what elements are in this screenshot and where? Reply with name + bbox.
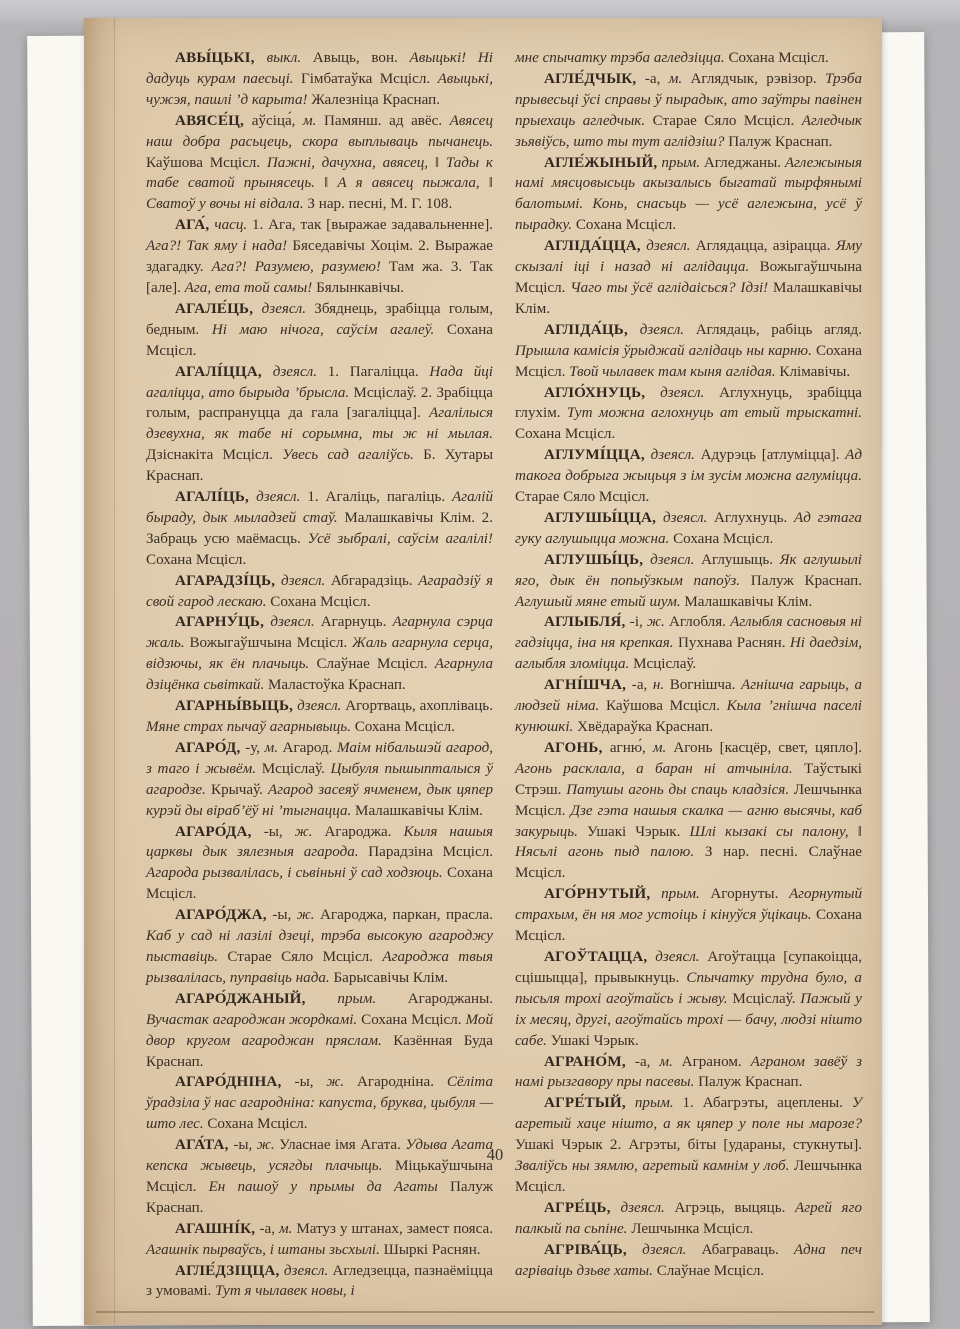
example-text: Чаго ты ўсё аглідаісься? Ідзі!: [570, 280, 773, 296]
definition-text: -а,: [259, 1221, 279, 1237]
definition-text: Сохана Мсцісл.: [673, 531, 773, 547]
example-text: Ага?! Так яму і нада!: [146, 238, 292, 254]
example-text: дзеясл.: [297, 698, 345, 714]
definition-text: Агароджаны.: [408, 991, 493, 1007]
definition-text: Палуж Краснап.: [728, 134, 832, 150]
example-text: Агонь расклала, а баран ні атчыніла.: [515, 761, 804, 777]
headword: АГЛІДА́ЦЦА,: [544, 238, 646, 254]
definition-text: Авыць, вон.: [313, 50, 410, 66]
example-text: дзеясл.: [651, 447, 701, 463]
example-text: Аглушый мяне етый шум.: [515, 594, 684, 610]
definition-text: Аглобля.: [669, 614, 730, 630]
example-text: дзеясл.: [273, 364, 328, 380]
headword: АГЛЕ́ЖЫНЫЙ,: [544, 155, 661, 171]
example-text: Зваліўсь ны зямлю, агретый камнім у лоб.: [515, 1158, 794, 1174]
definition-text: Памянш. ад авёс.: [324, 113, 450, 129]
definition-text: Парадзіна Мсцісл.: [368, 844, 493, 860]
definition-text: Матуз у штанах, замест пояса.: [296, 1221, 493, 1237]
dictionary-entry: АГАРО́ДЖА, -ы, ж. Агароджа, паркан, прас…: [146, 905, 493, 989]
definition-text: -а,: [632, 677, 653, 693]
definition-text: Сохана Мсцісл.: [515, 426, 615, 442]
definition-text: Жалезніца Краснап.: [311, 92, 440, 108]
headword: АВЯСЕ́Ц,: [175, 113, 252, 129]
definition-text: Аглядаць, рабіць агляд.: [696, 322, 862, 338]
example-text: Прышла камісія ўрыджай аглідаць ны карню…: [515, 343, 816, 359]
example-text: дзеясл.: [655, 949, 707, 965]
definition-text: Сохана Мсцісл.: [146, 552, 246, 568]
headword: АГЛЕ́ДЗІЦЦА,: [175, 1263, 284, 1279]
text-column-left: АВЫ́ЦЬКІ, выкл. Авыць, вон. Авыцькі! Ні …: [146, 48, 493, 1302]
definition-text: Сохана Мсцісл.: [355, 719, 455, 735]
dictionary-entry: АГРАНО́М, -а, м. Аграном. Аграном завёў …: [515, 1052, 862, 1094]
headword: АГОНЬ,: [544, 740, 610, 756]
example-text: дзеясл.: [646, 238, 696, 254]
headword: АГАРАДЗІ́ЦЬ,: [175, 573, 281, 589]
dictionary-entry: АГАРО́ДНІНА, -ы, ж. Агародніна. Сёліта ў…: [146, 1072, 493, 1135]
example-text: ж.: [326, 1074, 357, 1090]
dictionary-entry: АГНІ́ШЧА, -а, н. Вогнішча. Агнішча гарыц…: [515, 675, 862, 738]
example-text: дзеясл.: [281, 573, 331, 589]
definition-text: Аглядацца, азірацца.: [696, 238, 836, 254]
definition-text: Маластоўка Краснап.: [268, 677, 406, 693]
definition-text: Шыркі Раснян.: [384, 1242, 481, 1258]
definition-text: Гімбатаўка Мсцісл.: [301, 71, 438, 87]
definition-text: -у,: [245, 740, 264, 756]
headword: АГЛЕ́ДЧЫК,: [544, 71, 645, 87]
example-text: Тут можна аглохнуць ат етый трыскатні.: [567, 405, 862, 421]
example-text: Увесь сад агаліўсь.: [282, 447, 423, 463]
dictionary-entry: АГЛУМІ́ЦЦА, дзеясл. Адурэць [атлуміцца].…: [515, 445, 862, 508]
definition-text: Агортваць, ахопліваць.: [345, 698, 493, 714]
example-text: дзеясл.: [663, 510, 714, 526]
example-text: м.: [265, 740, 283, 756]
example-text: Тут я чылавек новы, і: [215, 1283, 355, 1299]
example-text: прым.: [337, 991, 407, 1007]
example-text: дзеясл.: [284, 1263, 333, 1279]
headword: АГО́РНУТЫЙ,: [544, 886, 661, 902]
definition-text: Слаўнае Мсцісл.: [657, 1263, 765, 1279]
definition-text: Палуж Краснап.: [698, 1074, 802, 1090]
example-text: ж.: [295, 824, 325, 840]
dictionary-entry: АГОНЬ, агню́, м. Агонь [касцёр, свет, ця…: [515, 738, 862, 884]
definition-text: Палуж Краснап.: [751, 573, 862, 589]
definition-text: Сохана Мсцісл.: [361, 1012, 465, 1028]
dictionary-page: АВЫ́ЦЬКІ, выкл. Авыць, вон. Авыцькі! Ні …: [84, 18, 882, 1325]
definition-text: Старае Сяло Мсцісл.: [515, 489, 649, 505]
headword: АГАЛІ́ЦЦА,: [175, 364, 273, 380]
dictionary-entry: АГОЎТАЦЦА, дзеясл. Агоўтацца [супакоіцца…: [515, 947, 862, 1052]
dictionary-entry: АГА́, часц. 1. Ага, так [выражае задавал…: [146, 215, 493, 299]
definition-text: Малашкавічы Клім.: [355, 803, 483, 819]
definition-text: Вожыгаўшчына Мсцісл.: [189, 635, 352, 651]
dictionary-entry: АГЛЕ́ДЗІЦЦА, дзеясл. Агледзецца, пазнаём…: [146, 1261, 493, 1303]
example-text: дзеясл.: [256, 489, 307, 505]
example-text: м.: [279, 1221, 296, 1237]
headword: АГЛУМІ́ЦЦА,: [544, 447, 651, 463]
example-text: прым.: [661, 886, 710, 902]
definition-text: Агарнуць.: [321, 614, 393, 630]
example-text: дзеясл.: [270, 614, 320, 630]
example-text: дзеясл.: [621, 1200, 675, 1216]
definition-text: 1. Абагрэты, ацеплены.: [682, 1095, 851, 1111]
example-text: дзеясл.: [650, 552, 701, 568]
definition-text: -ы,: [233, 1137, 256, 1153]
definition-text: Уласнае імя Агата.: [279, 1137, 405, 1153]
dictionary-entry: АГАЛЕ́ЦЬ, дзеясл. Збяднець, зрабіцца гол…: [146, 299, 493, 362]
definition-text: Агорнуты.: [710, 886, 789, 902]
dictionary-entry: АГАРО́ДА, -ы, ж. Агароджа. Кыля нашыя ца…: [146, 822, 493, 906]
definition-text: Дзіснакіта Мсцісл.: [146, 447, 282, 463]
dictionary-entry: АВЫ́ЦЬКІ, выкл. Авыць, вон. Авыцькі! Ні …: [146, 48, 493, 111]
definition-text: Каўшова Мсцісл.: [606, 698, 727, 714]
dictionary-entry: АГРЕ́ТЫЙ, прым. 1. Абагрэты, ацеплены. У…: [515, 1093, 862, 1198]
definition-text: Мсціслаў.: [732, 991, 800, 1007]
definition-text: 1. Пагаліцца.: [328, 364, 430, 380]
dictionary-entry: АГЛУШЫ́ЦЬ, дзеясл. Аглушыць. Як аглушылі…: [515, 550, 862, 613]
dictionary-entry: АГАРНУ́ЦЬ, дзеясл. Агарнуць. Агарнула сэ…: [146, 612, 493, 696]
dictionary-entry: АГЛЫБЛЯ́, -і, ж. Аглобля. Аглыбля саснов…: [515, 612, 862, 675]
definition-text: Агрэць, выцяць.: [674, 1200, 795, 1216]
dictionary-entry: АВЯСЕ́Ц, аўсіца́, м. Памянш. ад авёс. Ав…: [146, 111, 493, 216]
example-text: дзеясл.: [262, 301, 315, 317]
dictionary-entry: АГЛЕ́ДЧЫК, -а, м. Аглядчык, рэвізор. Трэ…: [515, 69, 862, 153]
example-text: дзеясл.: [640, 322, 696, 338]
headword: АГАРО́ДЖА,: [175, 907, 272, 923]
example-text: м.: [303, 113, 324, 129]
definition-text: Сохана Мсцісл.: [207, 1116, 307, 1132]
dictionary-entry: АГО́РНУТЫЙ, прым. Агорнуты. Агорнутый ст…: [515, 884, 862, 947]
headword: АГА́ТА,: [175, 1137, 233, 1153]
definition-text: Клімавічы.: [779, 364, 850, 380]
text-column-right: мне спычатку трэба агледзіцца. Сохана Мс…: [515, 48, 862, 1302]
definition-text: Старае Сяло Мсцісл.: [653, 113, 802, 129]
definition-text: 1. Ага, так [выражае задавальненне].: [252, 217, 493, 233]
headword: АГНІ́ШЧА,: [544, 677, 632, 693]
definition-text: Малашкавічы Клім.: [684, 594, 812, 610]
example-text: Патушы агонь ды спаць кладзіся.: [566, 782, 794, 798]
example-text: ж.: [257, 1137, 279, 1153]
dictionary-entry: АГАРАДЗІ́ЦЬ, дзеясл. Абгарадзіць. Агарад…: [146, 571, 493, 613]
definition-text: Крычаў.: [211, 782, 268, 798]
definition-text: Ушакі Чэрык.: [587, 824, 689, 840]
headword: АГЛУШЫ́ЦЬ,: [544, 552, 650, 568]
definition-text: аўсіца́,: [252, 113, 303, 129]
example-text: Агашнік пырваўсь, і штаны зьсхылі.: [146, 1242, 384, 1258]
definition-text: Аграном.: [682, 1054, 751, 1070]
headword: АГАРО́Д,: [175, 740, 245, 756]
example-text: часц.: [214, 217, 252, 233]
dictionary-entry: АГЛІДА́ЦЬ, дзеясл. Аглядаць, рабіць агля…: [515, 320, 862, 383]
dictionary-entry: АГАШНІ́К, -а, м. Матуз у штанах, замест …: [146, 1219, 493, 1261]
example-text: ж.: [647, 614, 669, 630]
definition-text: Ушакі Чэрык 2. Агрэты, біты [удараны, ст…: [515, 1137, 862, 1153]
example-text: прым.: [661, 155, 704, 171]
definition-text: Аглушыць.: [701, 552, 780, 568]
definition-text: Сохана Мсцісл.: [728, 50, 828, 66]
definition-text: Аглухнуць.: [714, 510, 794, 526]
headword: АГОЎТАЦЦА,: [544, 949, 655, 965]
definition-text: Агледжаны.: [704, 155, 785, 171]
page-number: 40: [480, 1145, 510, 1165]
definition-text: Бялынкавічы.: [316, 280, 404, 296]
definition-text: -ы,: [272, 907, 296, 923]
definition-text: Абгарадзіць.: [331, 573, 418, 589]
example-text: н.: [653, 677, 670, 693]
definition-text: -ы,: [295, 1074, 327, 1090]
definition-text: -а,: [645, 71, 669, 87]
definition-text: -а,: [635, 1054, 659, 1070]
definition-text: Лешчынка Мсцісл.: [631, 1221, 753, 1237]
definition-text: Ушакі Чэрык.: [551, 1033, 639, 1049]
example-text: Вучастак агароджан жордкамі.: [146, 1012, 361, 1028]
dictionary-entry: АГАРО́Д, -у, м. Агарод. Маім нібальшэй а…: [146, 738, 493, 822]
definition-text: Агарод.: [283, 740, 337, 756]
definition-text: Старае Сяло Мсцісл.: [227, 949, 382, 965]
example-text: Ен пашоў у прымы да Агаты: [209, 1179, 450, 1195]
example-text: м.: [669, 71, 691, 87]
dictionary-entry: АГЛІДА́ЦЦА, дзеясл. Аглядацца, азірацца.…: [515, 236, 862, 320]
definition-text: Мсціслаў.: [633, 656, 696, 672]
dictionary-entry: АГЛУШЫ́ЦЦА, дзеясл. Аглухнуць. Ад гэтага…: [515, 508, 862, 550]
headword: АГЛО́ХНУЦЬ,: [544, 385, 660, 401]
example-text: Ні маю нічога, саўсім агалеў.: [212, 322, 447, 338]
headword: АГЛУШЫ́ЦЦА,: [544, 510, 663, 526]
dictionary-entry: АГА́ТА, -ы, ж. Уласнае імя Агата. Удыва …: [146, 1135, 493, 1219]
dictionary-entry: АГАРНЫ́ВЫЦЬ, дзеясл. Агортваць, ахопліва…: [146, 696, 493, 738]
example-text: выкл.: [267, 50, 313, 66]
definition-text: Аглядчык, рэвізор.: [691, 71, 826, 87]
definition-text: Абаграваць.: [701, 1242, 793, 1258]
headword: АГАРО́ДНІНА,: [175, 1074, 295, 1090]
definition-text: Мсціслаў.: [262, 761, 331, 777]
definition-text: Агароджа.: [324, 824, 403, 840]
headword: АГРАНО́М,: [544, 1054, 635, 1070]
headword: АГАРО́ДЖАНЫЙ,: [175, 991, 337, 1007]
dictionary-entry: АГРІВА́ЦЬ, дзеясл. Абаграваць. Адна печ …: [515, 1240, 862, 1282]
headword: АГЛЫБЛЯ́,: [544, 614, 630, 630]
example-text: Мяне страх пычаў агарнывыць.: [146, 719, 355, 735]
dictionary-entry: АГЛО́ХНУЦЬ, дзеясл. Аглухнуць, зрабіцца …: [515, 383, 862, 446]
example-text: Ага, ета той самы!: [185, 280, 316, 296]
example-text: ж.: [297, 907, 320, 923]
definition-text: Агонь [касцёр, свет, цяпло].: [673, 740, 862, 756]
headword: АГАЛІ́ЦЬ,: [175, 489, 256, 505]
headword: АГРЕ́ТЫЙ,: [544, 1095, 635, 1111]
example-text: дзеясл.: [642, 1242, 701, 1258]
definition-text: 1. Агаліць, пагаліць.: [307, 489, 452, 505]
headword: АГЛІДА́ЦЬ,: [544, 322, 640, 338]
definition-text: Агароджа, паркан, прасла.: [320, 907, 493, 923]
definition-text: Вогнішча.: [670, 677, 741, 693]
definition-text: Слаўнае Мсцісл.: [316, 656, 434, 672]
definition-text: З нар. песні, М. Г. 108.: [307, 196, 452, 212]
headword: АГАРО́ДА,: [175, 824, 264, 840]
headword: АГА́,: [175, 217, 214, 233]
definition-text: агню́,: [610, 740, 653, 756]
definition-text: Сохана Мсцісл.: [576, 217, 676, 233]
example-text: Ага?! Разумею, разумею!: [212, 259, 389, 275]
definition-text: Хвёдараўка Краснап.: [577, 719, 713, 735]
definition-text: Барысавічы Клім.: [333, 970, 448, 986]
dictionary-entry: АГЛЕ́ЖЫНЫЙ, прым. Агледжаны. Аглежыныя н…: [515, 153, 862, 237]
headword: АГАШНІ́К,: [175, 1221, 259, 1237]
example-text: м.: [659, 1054, 681, 1070]
definition-text: Агародніна.: [357, 1074, 447, 1090]
dictionary-entry: АГАЛІ́ЦЬ, дзеясл. 1. Агаліць, пагаліць. …: [146, 487, 493, 571]
dictionary-entry: АГАЛІ́ЦЦА, дзеясл. 1. Пагаліцца. Нада йц…: [146, 362, 493, 487]
definition-text: Пухнава Раснян.: [678, 635, 790, 651]
example-text: мне спычатку трэба агледзіцца.: [515, 50, 728, 66]
example-text: Агарода рызвалілась, і сьвіньні ў сад хо…: [146, 865, 447, 881]
definition-text: -і,: [630, 614, 647, 630]
definition-text: -ы,: [264, 824, 295, 840]
example-text: м.: [653, 740, 673, 756]
headword: АГРЕ́ЦЬ,: [544, 1200, 621, 1216]
headword: АГАРНЫ́ВЫЦЬ,: [175, 698, 297, 714]
entry-continuation: мне спычатку трэба агледзіцца. Сохана Мс…: [515, 48, 862, 69]
scanned-book-photo: АВЫ́ЦЬКІ, выкл. Авыць, вон. Авыцькі! Ні …: [0, 0, 960, 1329]
headword: АВЫ́ЦЬКІ,: [175, 50, 267, 66]
headword: АГАЛЕ́ЦЬ,: [175, 301, 262, 317]
definition-text: Каўшова Мсцісл.: [146, 155, 267, 171]
headword: АГАРНУ́ЦЬ,: [175, 614, 270, 630]
definition-text: Адурэць [атлуміцца].: [701, 447, 846, 463]
example-text: Твой чылавек там кыня аглідая.: [569, 364, 779, 380]
example-text: дзеясл.: [660, 385, 719, 401]
dictionary-entry: АГРЕ́ЦЬ, дзеясл. Агрэць, выцяць. Агрей я…: [515, 1198, 862, 1240]
example-text: Усё зыбралі, саўсім агалілі!: [308, 531, 493, 547]
dictionary-entry: АГАРО́ДЖАНЫЙ, прым. Агароджаны. Вучастак…: [146, 989, 493, 1073]
example-text: прым.: [635, 1095, 683, 1111]
two-column-text-block: АВЫ́ЦЬКІ, выкл. Авыць, вон. Авыцькі! Ні …: [146, 48, 862, 1302]
headword: АГРІВА́ЦЬ,: [544, 1242, 642, 1258]
definition-text: Сохана Мсцісл.: [270, 594, 370, 610]
